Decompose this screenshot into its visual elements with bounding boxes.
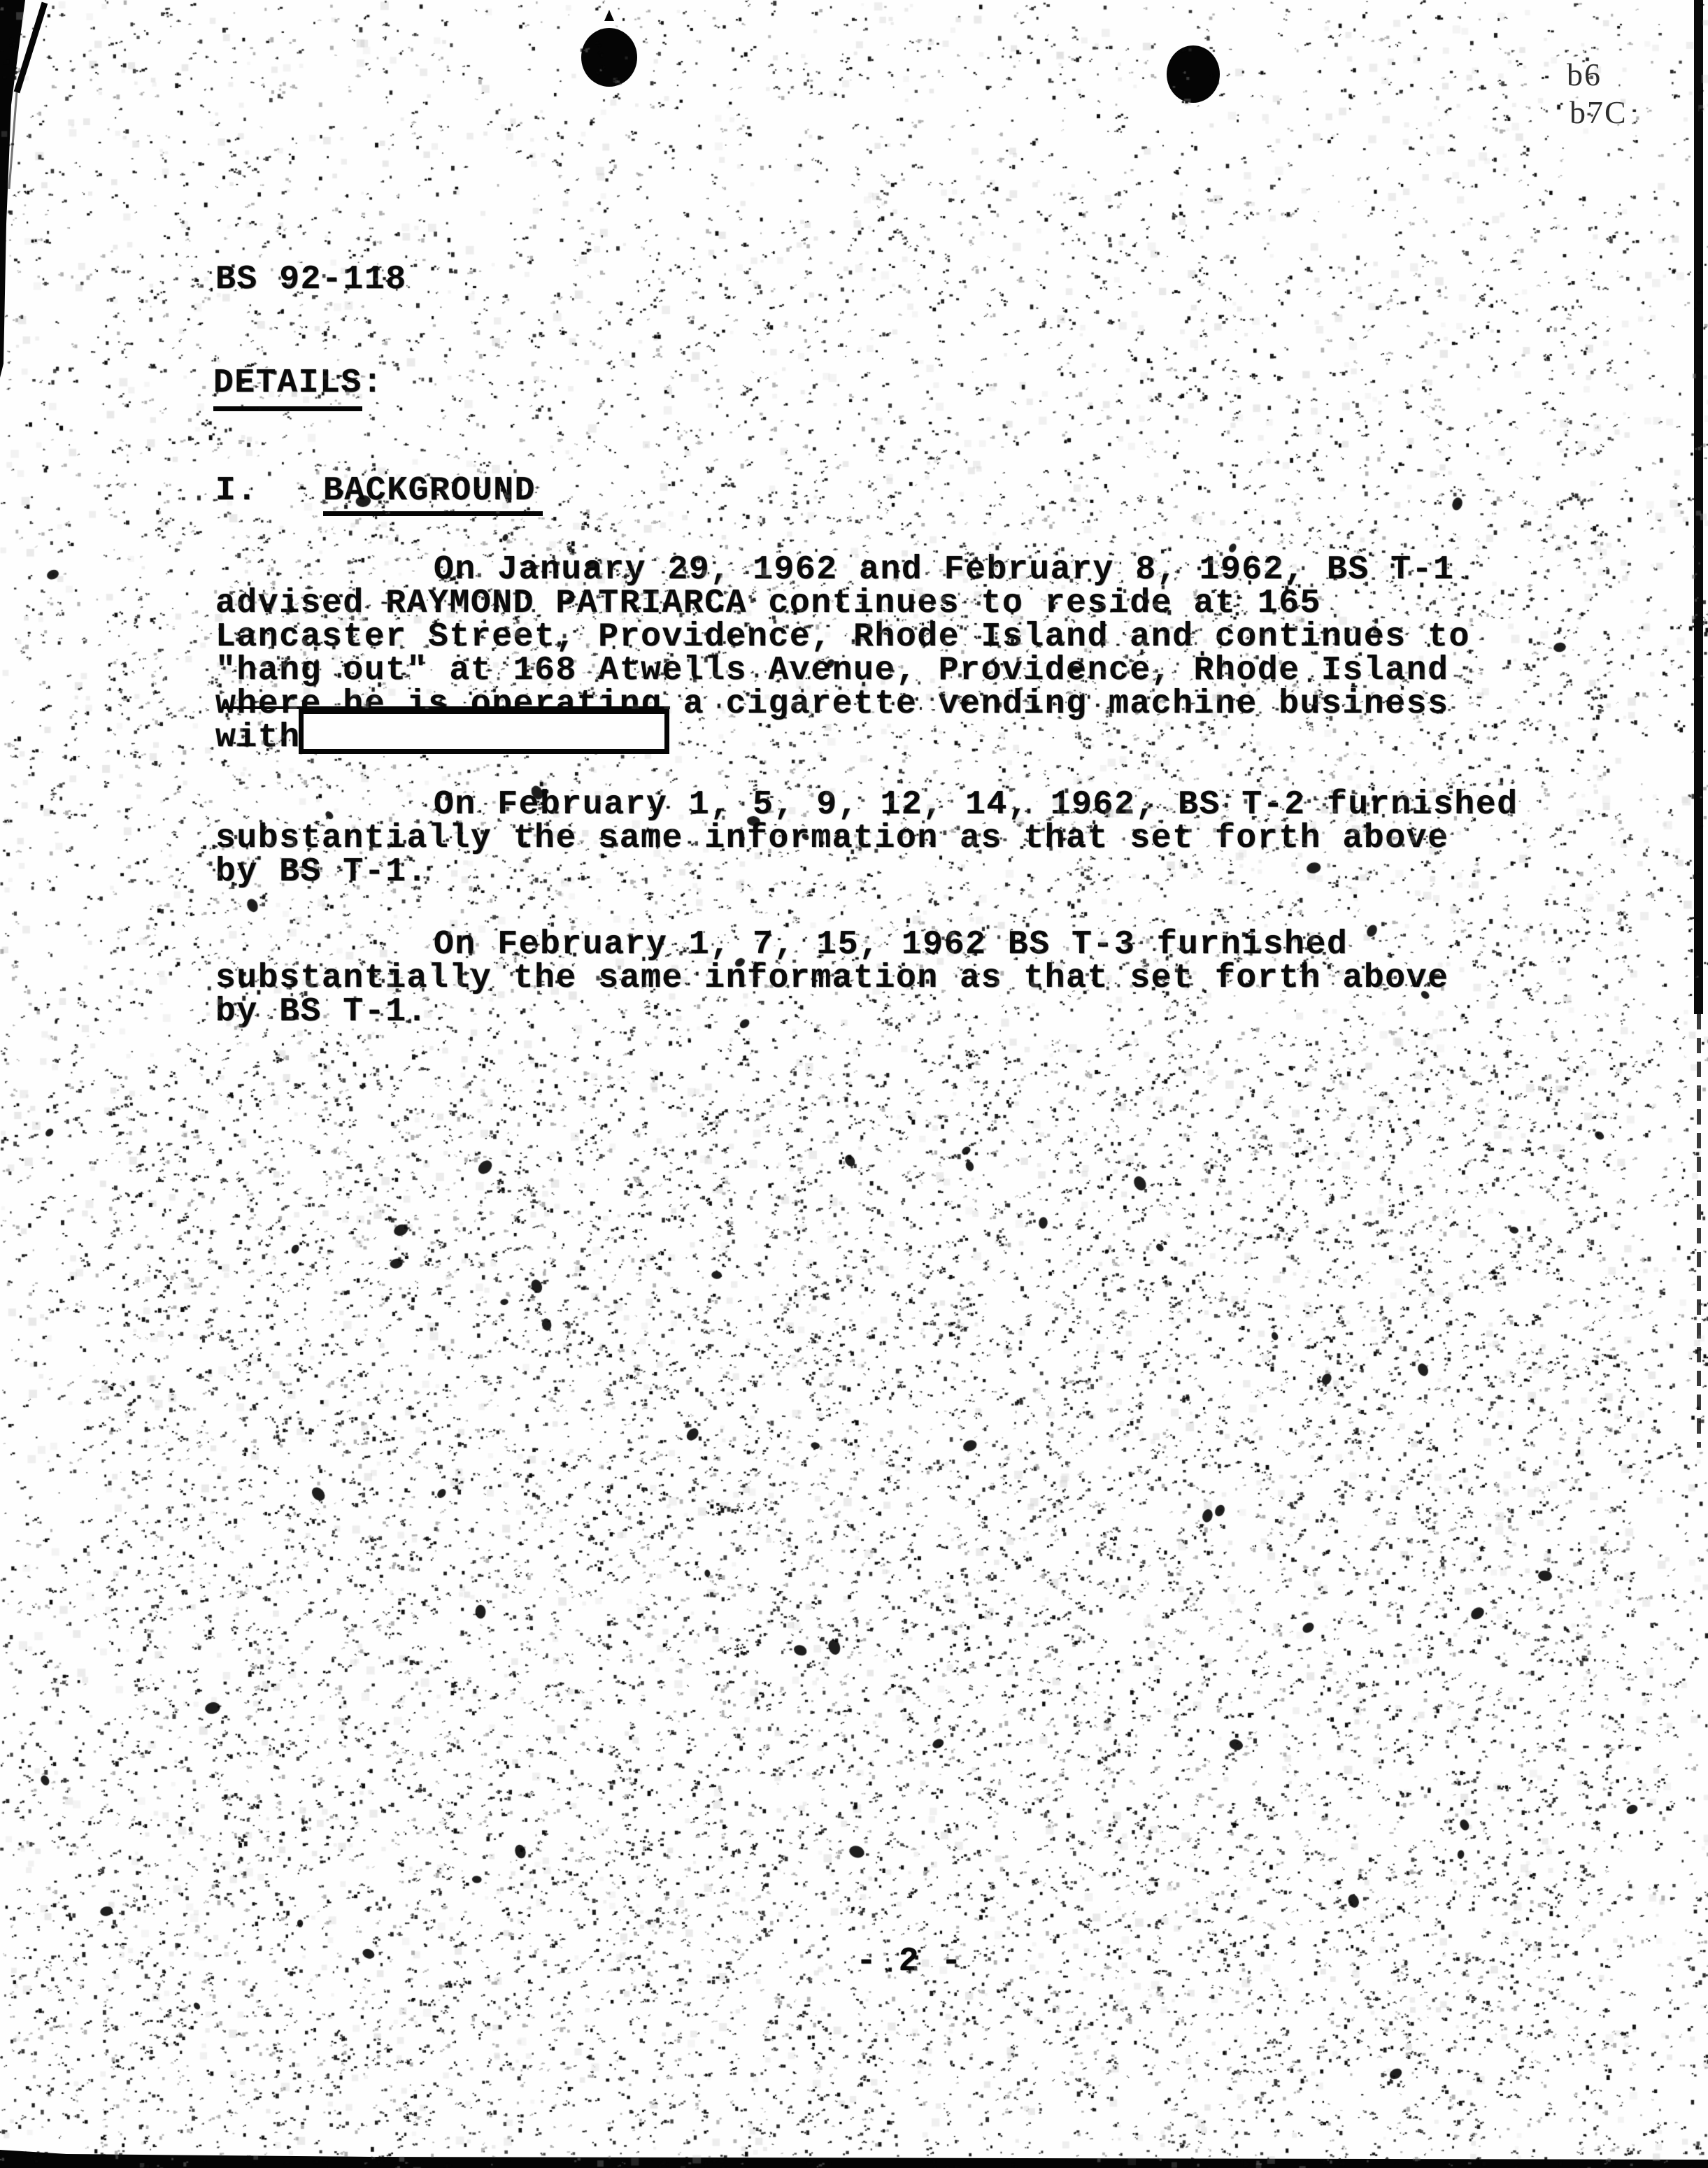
scanned-document-page: b6 b7C BS 92-118 DETAILS: I. BACKGROUND …	[0, 0, 1708, 2168]
scan-edge-right-fade	[1697, 1014, 1701, 1448]
redaction-box	[299, 709, 669, 754]
scan-edge-bottom	[0, 2150, 1708, 2168]
scan-artifacts-layer	[0, 0, 1708, 2168]
scan-edge-left	[0, 0, 25, 378]
hole-punch-right-icon	[1167, 45, 1220, 103]
scan-edge-right	[1694, 0, 1703, 1014]
hole-punch-left-icon	[581, 28, 637, 87]
